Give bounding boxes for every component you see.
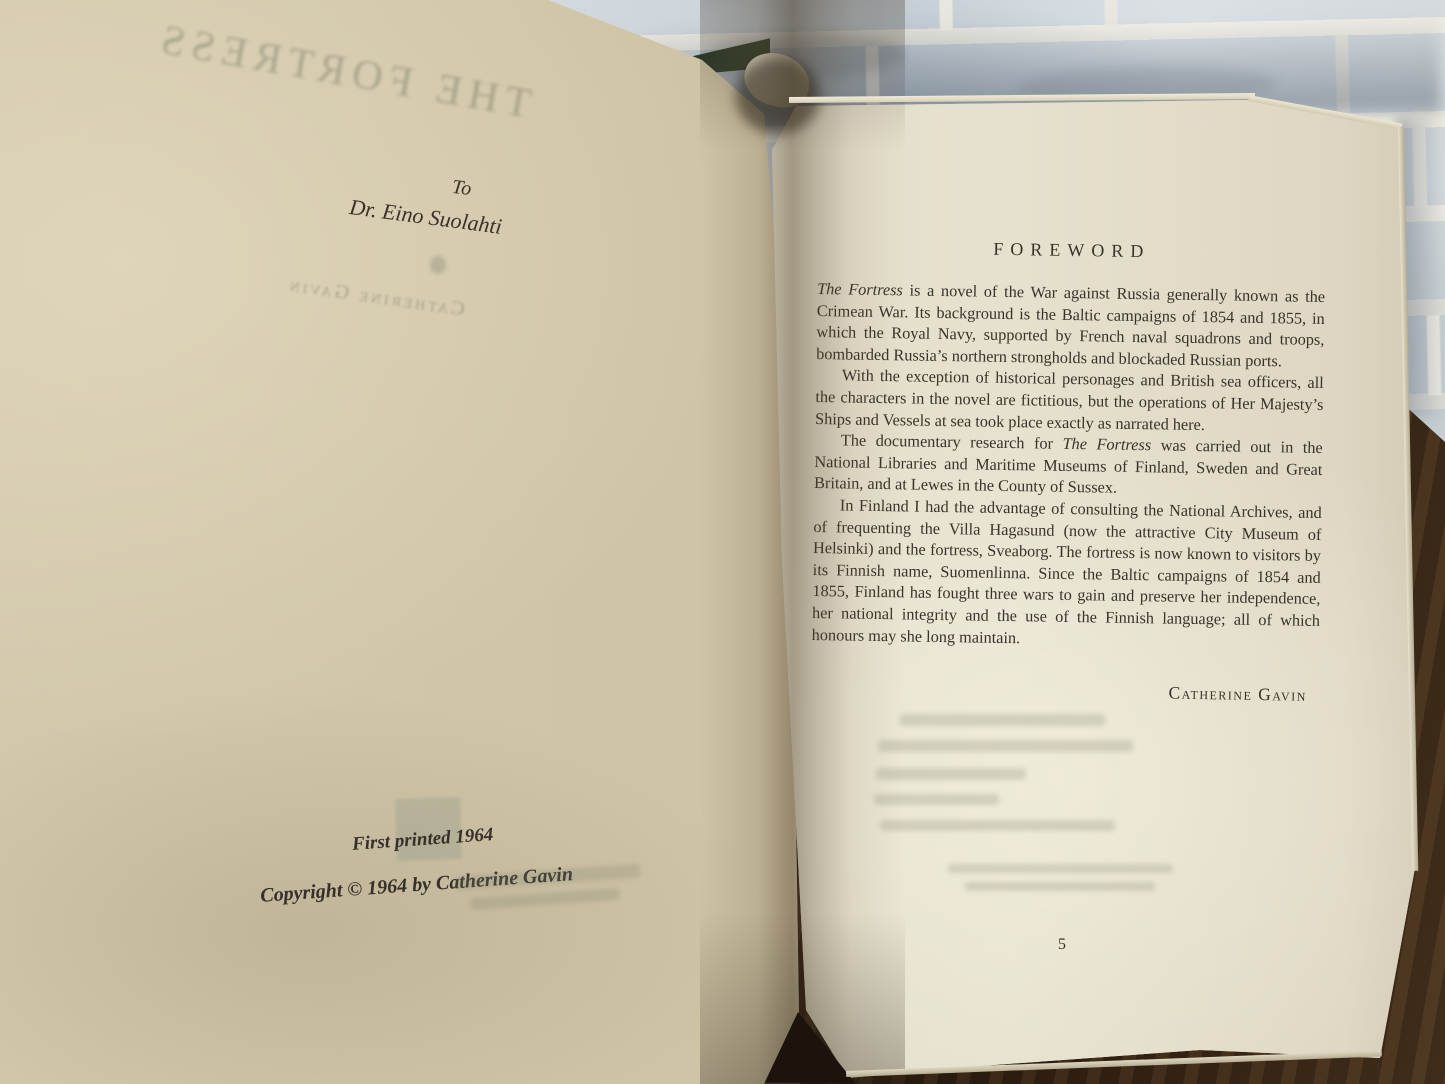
ghost-title-showthrough: THE FORTRESS — [151, 15, 535, 128]
author-signature: Catherine Gavin — [811, 677, 1319, 706]
foreword-paragraph: The documentary research for The Fortres… — [814, 429, 1323, 502]
ghost-smudge — [948, 864, 1173, 873]
ghost-smudge — [878, 740, 1133, 752]
ghost-smudge — [874, 794, 999, 805]
page-number: 5 — [1042, 936, 1082, 955]
dedication-name: Dr. Eino Suolahti — [348, 194, 503, 240]
dedication-to: To — [451, 176, 473, 201]
book-photo: THE FORTRESS To Dr. Eino Suolahti Cather… — [0, 0, 1445, 1084]
ghost-smudge — [880, 820, 1115, 831]
foreword-block: FOREWORD The Fortress is a novel of the … — [811, 236, 1326, 706]
ghost-smudge — [900, 714, 1105, 726]
ghost-author-showthrough: Catherine Gavin — [285, 274, 466, 322]
foreword-heading: FOREWORD — [818, 236, 1326, 265]
foreword-paragraph: With the exception of historical persona… — [815, 364, 1324, 437]
ghost-smudge — [876, 768, 1026, 780]
ghost-ornament — [430, 256, 446, 274]
foreword-paragraph: In Finland I had the advantage of consul… — [812, 494, 1322, 653]
ghost-smudge — [965, 882, 1155, 891]
foreword-paragraph: The Fortress is a novel of the War again… — [816, 278, 1325, 372]
foreword-body: The Fortress is a novel of the War again… — [812, 278, 1326, 653]
